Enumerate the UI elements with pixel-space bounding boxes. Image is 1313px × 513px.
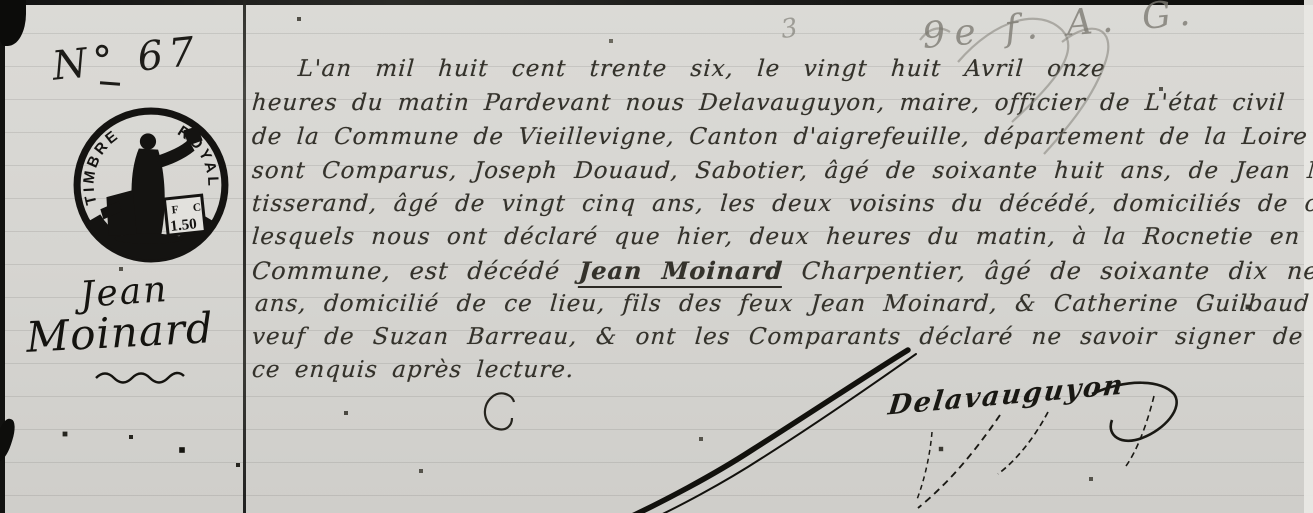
closing-curl bbox=[485, 393, 514, 429]
stamp-denomination-box: F C 1.50 bbox=[164, 195, 209, 236]
stamp-graphic: TIMBRE ROYAL F C 1.50 bbox=[70, 104, 232, 266]
body-line-7: Commune, est décédé Jean Moinard Charpen… bbox=[251, 259, 1313, 283]
scan-corner-blob bbox=[0, 0, 26, 46]
body-line-2: heures du matin Pardevant nous Delavaugu… bbox=[251, 92, 1286, 115]
body-line-4: sont Comparus, Joseph Douaud, Sabotier, … bbox=[251, 160, 1313, 183]
large-flourish-stroke-2 bbox=[650, 354, 916, 513]
ink-specks bbox=[0, 0, 2, 2]
act-number-underline bbox=[100, 81, 120, 85]
royal-tax-stamp: TIMBRE ROYAL F C 1.50 bbox=[70, 104, 232, 266]
margin-rule-line bbox=[243, 0, 246, 513]
line7-suffix: Charpentier, âgé de soixante dix neuf bbox=[782, 257, 1313, 285]
body-line-8: ans, domicilié de ce lieu, fils des feux… bbox=[254, 293, 1310, 316]
body-line-5: tisserand, âgé de vingt cinq ans, les de… bbox=[251, 193, 1313, 216]
stamp-denom-value: 1.50 bbox=[169, 215, 198, 235]
body-line-6: lesquels nous ont déclaré que hier, deux… bbox=[251, 226, 1313, 249]
body-line-3: de la Commune de Vieillevigne, Canton d'… bbox=[251, 126, 1313, 149]
body-line-1: L'an mil huit cent trente six, le vingt … bbox=[297, 58, 1106, 81]
margin-name-squiggle bbox=[96, 373, 184, 383]
large-flourish-stroke bbox=[630, 350, 908, 513]
mayor-signature: Delavauguyon bbox=[887, 369, 1127, 421]
margin-deceased-surname: Moinard bbox=[25, 303, 215, 362]
act-number: N° 67 bbox=[50, 28, 203, 89]
scan-ink-blob-left bbox=[0, 417, 18, 464]
line7-deceased-name-underlined: Jean Moinard bbox=[578, 256, 784, 288]
body-line-10: ce enquis après lecture. bbox=[251, 359, 575, 382]
line7-prefix: Commune, est décédé bbox=[251, 257, 580, 285]
body-line-9: veuf de Suzan Barreau, & ont les Compara… bbox=[251, 326, 1304, 349]
pencil-small-mark: 3 bbox=[779, 13, 800, 45]
pencil-annotation-top-right: 9e f. A. G. bbox=[921, 0, 1201, 57]
death-record-scan: N° 67 TIMBRE ROYAL bbox=[0, 0, 1313, 513]
